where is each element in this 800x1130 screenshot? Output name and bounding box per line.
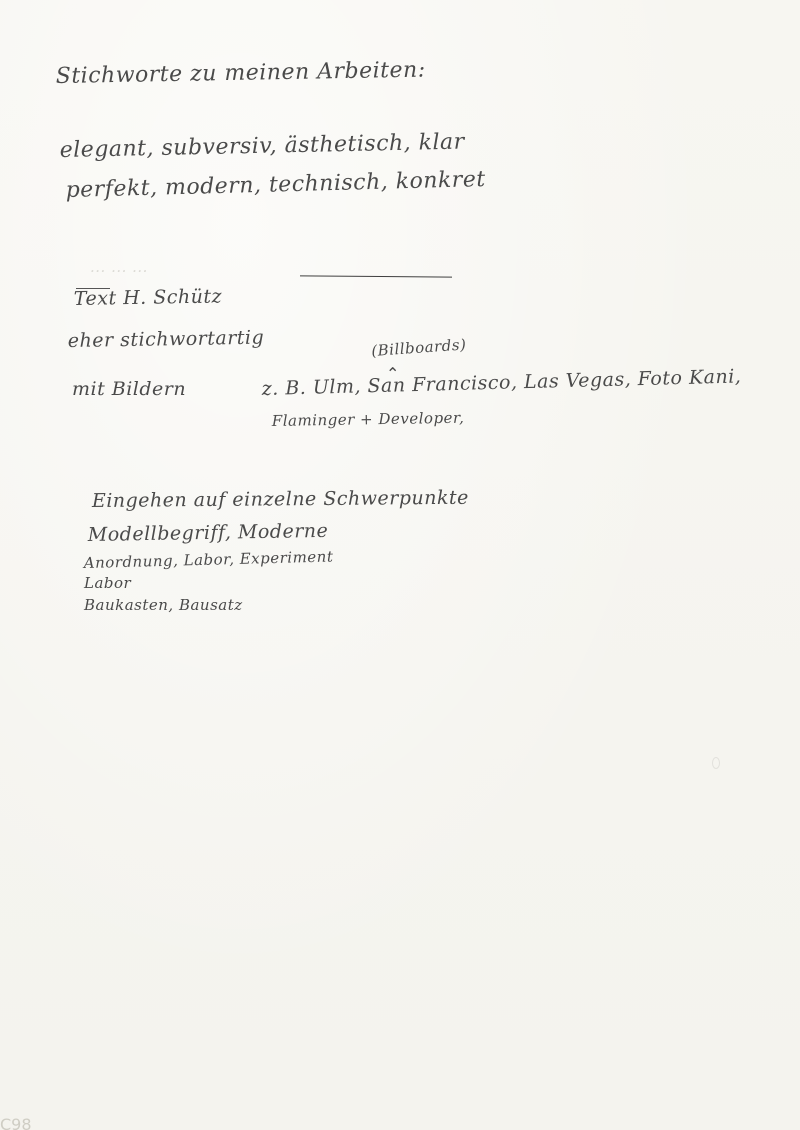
divider-line	[300, 275, 452, 277]
insertion-billboards: (Billboards)	[371, 335, 467, 360]
note-schwerpunkte: Eingehen auf einzelne Schwerpunkte	[92, 487, 469, 512]
heading-note: Stichworte zu meinen Arbeiten:	[56, 58, 426, 89]
erased-text: ··· ··· ···	[90, 262, 148, 280]
text-author-title: Text H. Schütz	[74, 285, 223, 310]
note-labor: Labor	[84, 574, 131, 592]
note-examples: z. B. Ulm, San Francisco, Las Vegas, Fot…	[261, 365, 741, 400]
keywords-line-1: elegant, subversiv, ästhetisch, klar	[59, 130, 464, 163]
note-baukasten: Baukasten, Bausatz	[84, 596, 243, 614]
note-mit-bildern: mit Bildern	[72, 378, 186, 400]
keywords-line-2: perfekt, modern, technisch, konkret	[65, 167, 486, 203]
paper-page: Stichworte zu meinen Arbeiten: elegant, …	[0, 0, 800, 1130]
note-flaminger-developer: Flaminger + Developer,	[272, 409, 465, 430]
corner-archive-mark: C98	[0, 1115, 32, 1130]
note-stichwortartig: eher stichwortartig	[68, 327, 265, 352]
note-modellbegriff: Modellbegriff, Moderne	[88, 520, 329, 546]
pencil-smudge	[712, 757, 720, 769]
note-anordnung: Anordnung, Labor, Experiment	[84, 547, 334, 572]
